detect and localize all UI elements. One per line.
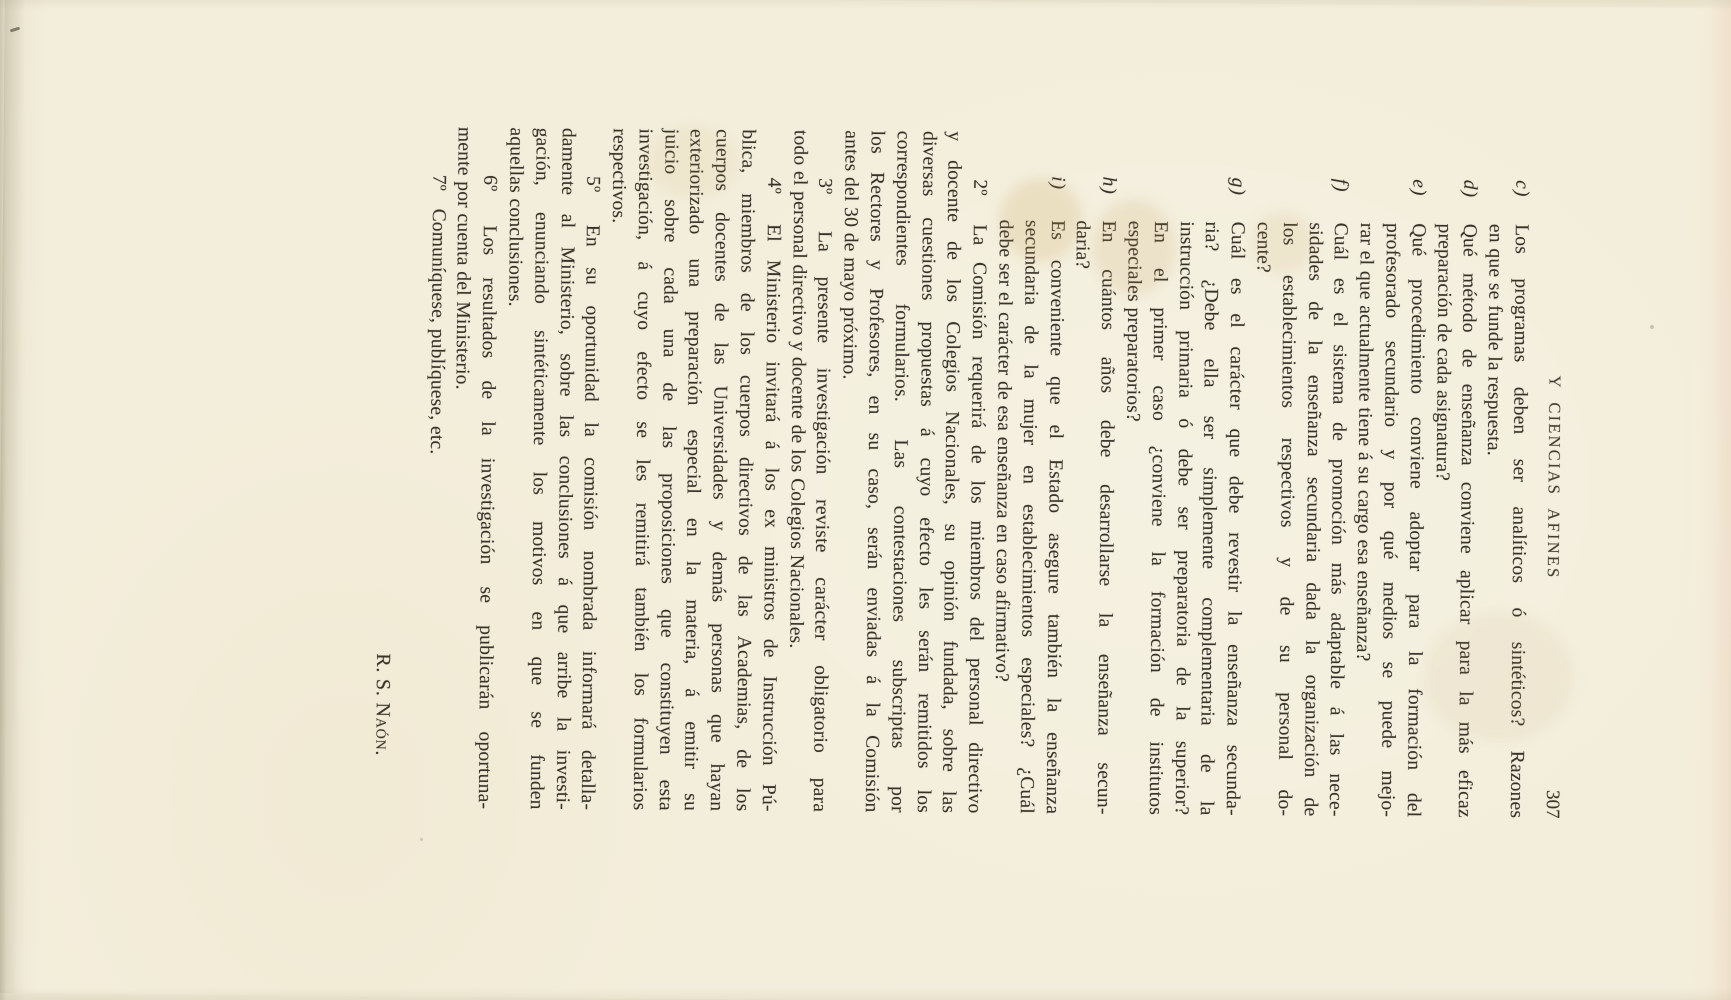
text-line: 7º Comuníquese, publíquese, etc. (419, 126, 451, 808)
running-header: Y CIENCIAS AFINES 307 (1534, 136, 1566, 818)
page-number: 307 (1540, 789, 1562, 818)
signature: R. S. Naón. (369, 126, 398, 808)
item-label: e) (1405, 179, 1431, 196)
item-label: h) (1095, 176, 1121, 194)
item-label: c) (1508, 180, 1534, 197)
paragraph-number: 7º (427, 174, 448, 190)
paragraph-number: 4º (763, 177, 784, 193)
paragraph-number: 5º (582, 176, 603, 192)
paragraph-number: 3º (814, 178, 835, 194)
paragraph-number: 2º (969, 179, 990, 195)
item-label: g) (1224, 177, 1250, 195)
item-label: f) (1327, 178, 1353, 192)
page-body: c)Los programas deben ser analíticos ó s… (419, 126, 1534, 818)
item-label: i) (1044, 176, 1070, 190)
book-page: Y CIENCIAS AFINES 307 c)Los programas de… (0, 0, 1731, 1000)
item-label: d) (1456, 179, 1482, 197)
running-header-title: Y CIENCIAS AFINES (1540, 136, 1566, 818)
paragraph-number: 6º (479, 175, 500, 191)
